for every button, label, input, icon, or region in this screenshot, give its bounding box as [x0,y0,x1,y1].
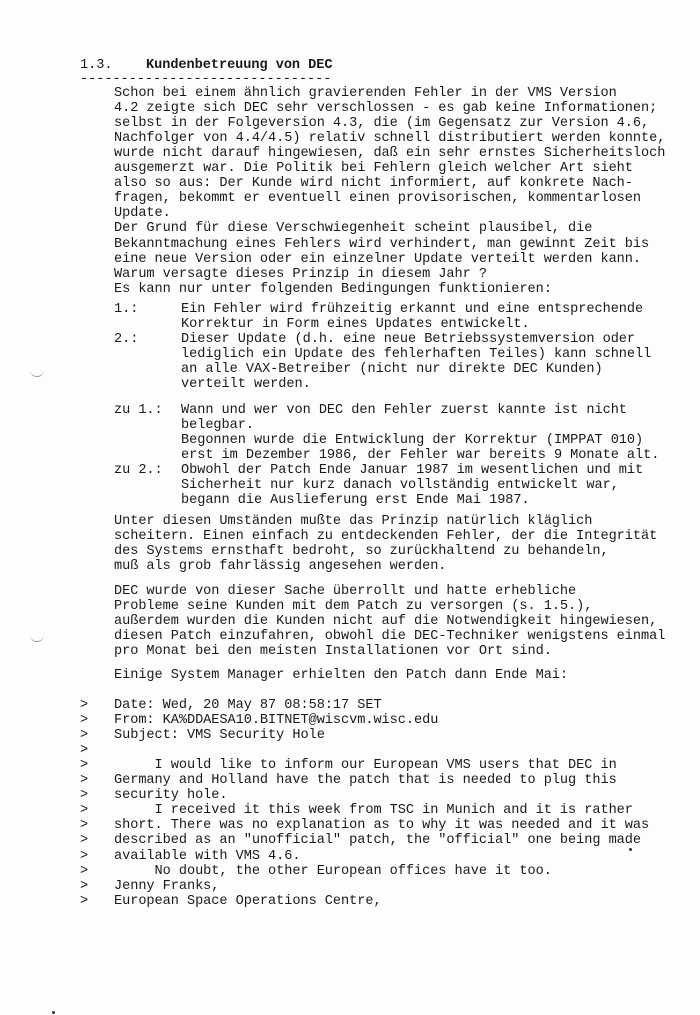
remark-text-line: erst im Dezember 1986, der Fehler war be… [181,448,659,463]
text-line: eine neue Version oder ein einzelner Upd… [114,252,641,267]
quote-marker: > [80,743,88,758]
condition-text-line: verteilt werden. [181,377,311,392]
quote-marker: > [80,698,88,713]
quote-marker: > [80,864,88,879]
text-line: selbst in der Folgeversion 4.3, die (im … [114,116,649,131]
text-line: DEC wurde von dieser Sache überrollt und… [114,584,576,599]
text-line: 4.2 zeigte sich DEC sehr verschlossen - … [114,101,657,116]
text-line: wurde nicht darauf hingewiesen, daß ein … [114,146,665,161]
text-line: Es kann nur unter folgenden Bedingungen … [114,282,552,297]
section-number: 1.3. [80,58,112,73]
punch-hole-mark [30,633,44,642]
quote-marker: > [80,758,88,773]
condition-text-line: Korrektur in Form eines Updates entwicke… [181,317,530,332]
text-line: scheitern. Einen einfach zu entdeckenden… [114,529,657,544]
condition-label: 1.: [114,302,138,317]
email-line: Germany and Holland have the patch that … [114,773,617,788]
text-line: pro Monat bei den meisten Installationen… [114,644,552,659]
punch-hole-mark [30,368,44,377]
text-line: Der Grund für diese Verschwiegenheit sch… [114,221,592,236]
quote-marker: > [80,728,88,743]
scan-speck [52,1011,55,1014]
email-line: Subject: VMS Security Hole [114,728,325,743]
email-line: From: KA%DDAESA10.BITNET@wiscvm.wisc.edu [114,713,438,728]
remark-text-line: Obwohl der Patch Ende Januar 1987 im wes… [181,463,643,478]
condition-text-line: lediglich ein Update des fehlerhaften Te… [181,347,651,362]
quote-marker: > [80,879,88,894]
remark-label: zu 2.: [114,463,163,478]
email-line: No doubt, the other European offices hav… [114,864,552,879]
text-line: außerdem wurden die Kunden nicht auf die… [114,614,657,629]
remark-text-line: Begonnen wurde die Entwicklung der Korre… [181,433,643,448]
text-line: diesen Patch einzufahren, obwohl die DEC… [114,629,665,644]
quote-marker: > [80,803,88,818]
remark-text-line: Wann und wer von DEC den Fehler zuerst k… [181,403,627,418]
email-line: I would like to inform our European VMS … [114,758,617,773]
quote-marker: > [80,833,88,848]
quote-marker: > [80,773,88,788]
email-line: security hole. [114,788,228,803]
email-line: Date: Wed, 20 May 87 08:58:17 SET [114,698,382,713]
scan-speck [629,848,632,851]
condition-text-line: Ein Fehler wird frühzeitig erkannt und e… [181,302,643,317]
text-line: Warum versagte dieses Prinzip in diesem … [114,267,487,282]
section-underline: ------------------------------- [80,72,331,87]
document-page: 1.3. Kundenbetreuung von DEC -----------… [0,0,700,1015]
text-line: des Systems ernsthaft bedroht, so zurück… [114,544,609,559]
text-line: Bekanntmachung eines Fehlers wird verhin… [114,237,649,252]
email-line: Jenny Franks, [114,879,219,894]
email-line: short. There was no explanation as to wh… [114,818,649,833]
quote-marker: > [80,849,88,864]
remark-label: zu 1.: [114,403,163,418]
section-title: Kundenbetreuung von DEC [146,58,332,73]
text-line: muß als grob fahrlässig angesehen werden… [114,559,446,574]
paragraph-patch-received: Einige System Manager erhielten den Patc… [114,668,568,683]
remark-text-line: begann die Auslieferung erst Ende Mai 19… [181,493,530,508]
condition-label: 2.: [114,332,138,347]
text-line: Probleme seine Kunden mit dem Patch zu v… [114,599,592,614]
remark-text-line: Sicherheit nur kurz danach vollständig e… [181,478,619,493]
email-line: European Space Operations Centre, [114,894,382,909]
text-line: Unter diesen Umständen mußte das Prinzip… [114,514,592,529]
quote-marker: > [80,894,88,909]
text-line: Update. [114,206,171,221]
email-line: I received it this week from TSC in Muni… [114,803,633,818]
text-line: ausgemerzt war. Die Politik bei Fehlern … [114,161,633,176]
text-line: Nachfolger von 4.4/4.5) relativ schnell … [114,131,665,146]
text-line: fragen, bekommt er eventuell einen provi… [114,191,641,206]
quote-marker: > [80,788,88,803]
condition-text-line: an alle VAX-Betreiber (nicht nur direkte… [181,362,603,377]
email-line: available with VMS 4.6. [114,849,300,864]
email-line: described as an "unofficial" patch, the … [114,833,641,848]
condition-text-line: Dieser Update (d.h. eine neue Betriebssy… [181,332,635,347]
quote-marker: > [80,818,88,833]
text-line: also so aus: Der Kunde wird nicht inform… [114,176,633,191]
text-line: Schon bei einem ähnlich gravierenden Feh… [114,86,617,101]
remark-text-line: belegbar. [181,418,254,433]
quote-marker: > [80,713,88,728]
